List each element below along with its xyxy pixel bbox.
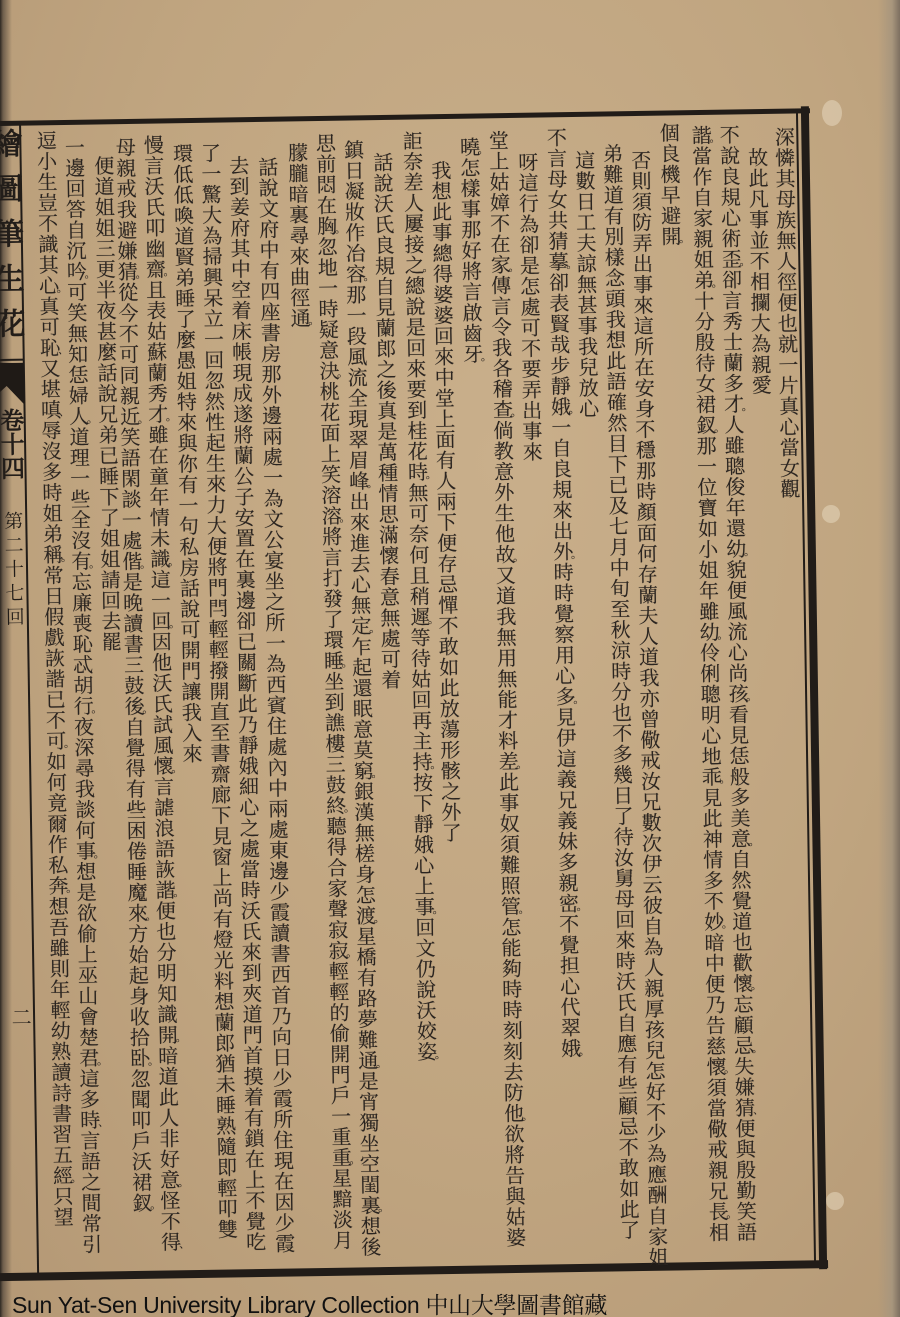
punctuation-mark: 。 (424, 910, 437, 921)
punctuation-mark: 。 (331, 519, 344, 530)
punctuation-mark: 。 (58, 889, 71, 900)
punctuation-mark: 。 (731, 262, 744, 273)
punctuation-mark: 。 (81, 564, 94, 575)
text-column: 話說沃氏良規自見蘭郎之後真是萬種情思滿懷春意無處可着 (370, 152, 402, 691)
watermark-english: Sun Yat-Sen University Library Collectio… (12, 1292, 419, 1317)
punctuation-mark: 。 (79, 419, 92, 430)
punctuation-mark: 。 (422, 765, 435, 776)
punctuation-mark: 。 (508, 765, 521, 776)
library-watermark: Sun Yat-Sen University Library Collectio… (12, 1287, 607, 1317)
punctuation-mark: 。 (366, 919, 379, 930)
punctuation-mark: 。 (563, 555, 576, 566)
punctuation-mark: 。 (142, 1206, 155, 1217)
punctuation-mark: 。 (170, 1183, 183, 1194)
top-border (0, 108, 810, 126)
punctuation-mark: 。 (500, 268, 513, 279)
text-column: 朦朧暗裏尋來曲徑通。 (284, 142, 311, 329)
punctuation-mark: 、 (51, 413, 64, 424)
punctuation-mark: 、 (90, 1123, 103, 1134)
punctuation-mark: 。 (53, 558, 66, 569)
punctuation-mark: 。 (134, 709, 147, 720)
punctuation-mark: 。 (341, 1161, 354, 1172)
punctuation-mark: 。 (418, 475, 431, 486)
punctuation-mark: 。 (359, 484, 372, 495)
punctuation-mark: 。 (368, 1064, 381, 1075)
punctuation-mark: 。 (130, 420, 143, 431)
punctuation-mark: 。 (571, 1051, 584, 1062)
punctuation-mark: 。 (140, 1061, 153, 1072)
page-number: 二 (9, 1007, 31, 1027)
punctuation-mark: 。 (734, 407, 747, 418)
chapter-label: 第二十七回 (1, 511, 25, 631)
punctuation-mark: 。 (83, 709, 96, 720)
punctuation-mark: 。 (76, 275, 89, 286)
punctuation-mark: 。 (505, 558, 518, 569)
text-column: 故此凡事並不相攔大為親愛 (745, 147, 773, 396)
punctuation-mark: 。 (158, 417, 171, 428)
punctuation-mark: 。 (558, 265, 571, 276)
punctuation-mark: 。 (89, 1061, 102, 1072)
punctuation-mark: 。 (420, 620, 433, 631)
bottom-border (0, 1260, 828, 1281)
volume-label: 卷十四 (0, 408, 25, 480)
punctuation-mark: 。 (370, 1209, 383, 1220)
punctuation-mark: 。 (671, 239, 684, 250)
punctuation-mark: 。 (561, 410, 574, 421)
punctuation-mark: 。 (329, 374, 342, 385)
punctuation-mark: 。 (473, 357, 486, 368)
punctuation-mark: 。 (356, 277, 369, 288)
punctuation-mark: 。 (427, 1055, 440, 1066)
punctuation-mark: 。 (568, 907, 581, 918)
punctuation-mark: 。 (470, 150, 483, 161)
punctuation-mark: 、 (745, 1111, 758, 1122)
punctuation-mark: 。 (510, 909, 523, 920)
punctuation-mark: 。 (738, 697, 751, 708)
punctuation-mark: 。 (740, 842, 753, 853)
punctuation-mark: 。 (327, 229, 340, 240)
text-column: 個良機早避開。 (656, 122, 682, 247)
punctuation-mark: 。 (744, 1049, 757, 1060)
punctuation-mark: 、 (50, 351, 63, 362)
text-column: 曉。怎樣事那好將言啟齒牙。 (456, 136, 484, 364)
text-column: 這數日工夫諒無甚事我兒放心 (572, 150, 600, 419)
punctuation-mark: 。 (363, 774, 376, 785)
punctuation-mark: 。 (514, 1116, 527, 1127)
punctuation-mark: 。 (127, 275, 140, 286)
title-box-bottom-rule (0, 359, 24, 362)
punctuation-mark: 。 (706, 428, 719, 439)
punctuation-mark: 。 (718, 1215, 731, 1226)
punctuation-mark: 。 (165, 893, 178, 904)
book-title: 繪圖筆生花 (0, 128, 23, 353)
printed-page-frame: 繪圖筆生花 卷十四 第二十七回 二 深憐其母族無人徑便也就一片真心當女觀 故此凡… (0, 0, 900, 1297)
punctuation-mark: 。 (736, 552, 749, 563)
text-column: 呀這行為卻是怎處可不要弄出事來 (515, 152, 544, 463)
watermark-chinese: 中山大學圖書館藏 (425, 1292, 607, 1317)
punctuation-mark: 。 (132, 564, 145, 575)
punctuation-mark: 。 (565, 700, 578, 711)
punctuation-mark: 。 (743, 987, 756, 998)
punctuation-mark: 。 (711, 780, 724, 791)
punctuation-mark: 。 (167, 1038, 180, 1049)
punctuation-mark: 。 (704, 283, 717, 294)
punctuation-mark: 。 (63, 1179, 76, 1190)
punctuation-mark: 。 (701, 138, 714, 149)
text-column: 我想此事總得婆婆回來中堂上面有人兩下便存忌憚不敢如此放蕩形骸之外了 (428, 160, 463, 843)
punctuation-mark: 。 (163, 769, 176, 780)
punctuation-mark: 。 (138, 916, 151, 927)
punctuation-mark: 。 (334, 664, 347, 675)
punctuation-mark: 。 (160, 562, 173, 573)
fishtail-ornament (0, 363, 24, 406)
punctuation-mark: 。 (300, 321, 313, 332)
punctuation-mark: 。 (336, 809, 349, 820)
punctuation-mark: 。 (155, 272, 168, 283)
punctuation-mark: 。 (414, 268, 427, 279)
punctuation-mark: 。 (709, 635, 722, 646)
punctuation-mark: 。 (361, 629, 374, 640)
punctuation-mark: 。 (56, 744, 69, 755)
punctuation-mark: 。 (716, 1070, 729, 1081)
punctuation-mark: 。 (161, 624, 174, 635)
punctuation-mark: 。 (86, 854, 99, 865)
punctuation-mark: 。 (338, 954, 351, 965)
punctuation-mark: 、 (171, 1245, 184, 1256)
punctuation-mark: 。 (49, 289, 62, 300)
punctuation-mark: 。 (503, 413, 516, 424)
punctuation-mark: 。 (714, 925, 727, 936)
